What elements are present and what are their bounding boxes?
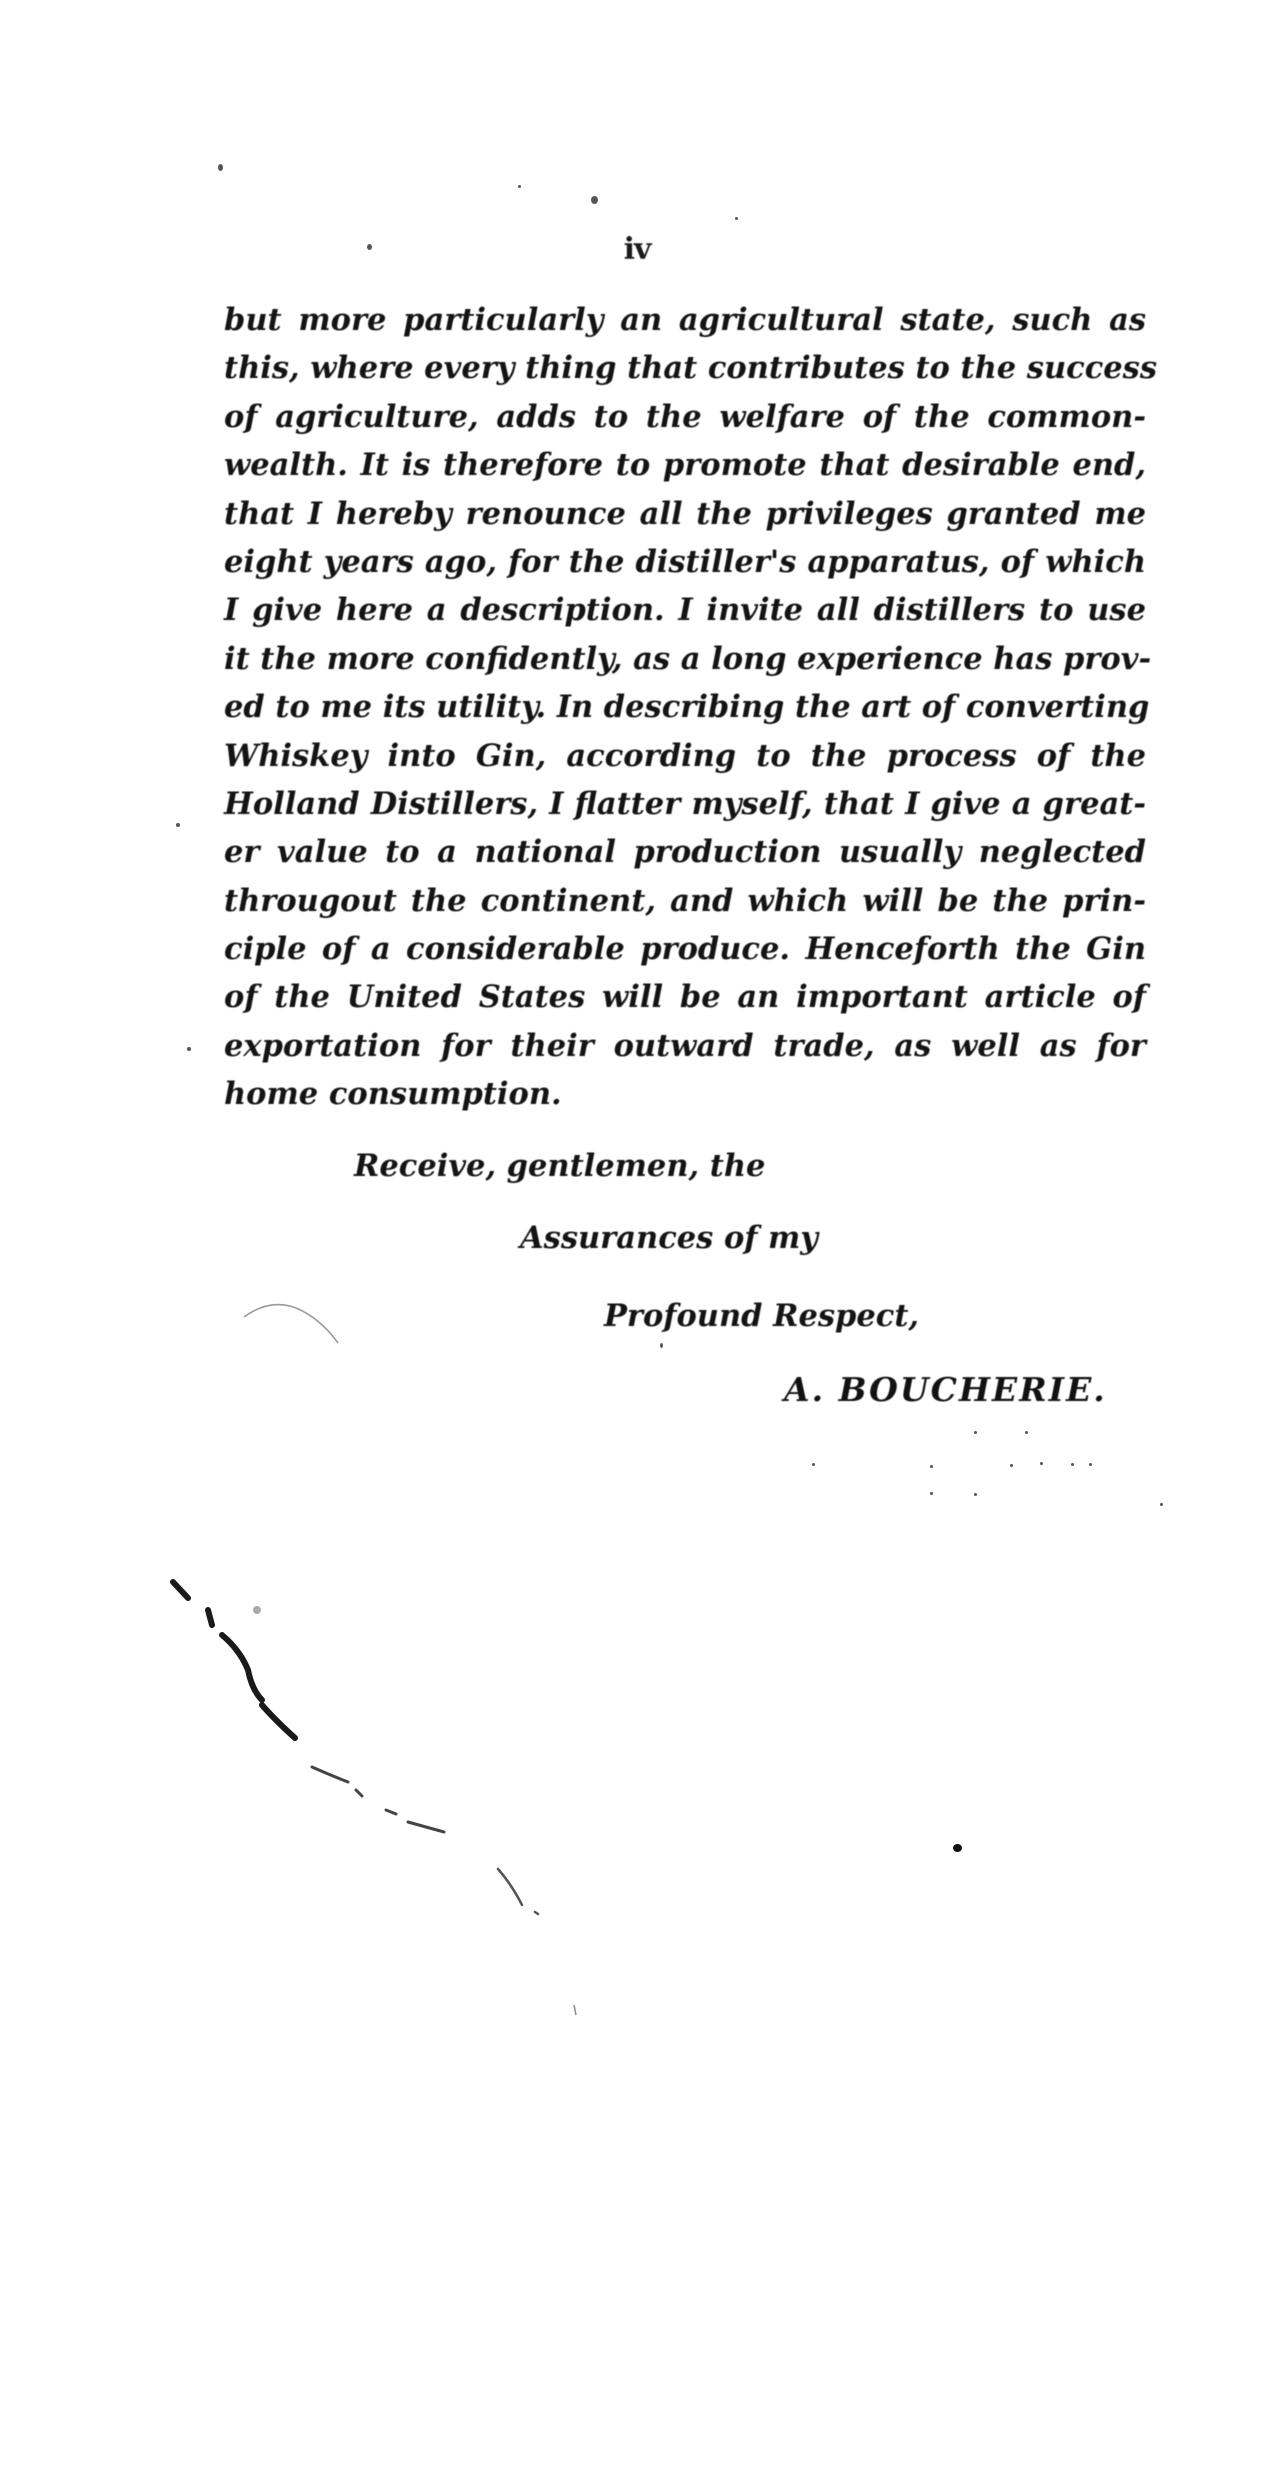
text-line: that I hereby renounce all the privilege… [224,490,1146,538]
speck [660,1343,663,1348]
signature: A. BOUCHERIE. [784,1370,1107,1409]
text-line: it the more confidently, as a long exper… [224,635,1146,683]
closing-line-2: Assurances of my [520,1220,818,1256]
speck [218,164,223,171]
text-line: home consumption. [224,1070,1146,1118]
text-line: but more particularly an agricultural st… [224,296,1146,344]
text-line: of the United States will be an importan… [224,973,1146,1021]
speck [930,1492,933,1495]
speck [953,1844,962,1852]
closing-line-3: Profound Respect, [604,1298,919,1334]
scanned-book-page: iv but more particularly an agricultural… [0,0,1274,2468]
speck [735,217,738,220]
speck [176,823,180,827]
closing-line-1: Receive, gentlemen, the [354,1148,765,1184]
text-line: exportation for their outward trade, as … [224,1022,1146,1070]
speck [591,196,598,204]
text-line: Whiskey into Gin, according to the proce… [224,732,1146,780]
text-line: this, where every thing that contributes… [224,344,1146,392]
speck [187,1047,191,1051]
text-line: ed to me its utility. In describing the … [224,683,1146,731]
speck [1160,1503,1163,1506]
speck [367,244,372,250]
speck [1025,1431,1028,1434]
speck [974,1493,977,1496]
text-line: eight years ago, for the distiller's app… [224,538,1146,586]
text-line: Holland Distillers, I flatter myself, th… [224,780,1146,828]
speck [1010,1464,1013,1467]
text-line: er value to a national production usuall… [224,828,1146,876]
page-number: iv [0,232,1274,267]
speck [518,185,521,188]
body-paragraph: but more particularly an agricultural st… [224,296,1146,1119]
speck [1089,1463,1092,1466]
text-line: of agriculture, adds to the welfare of t… [224,393,1146,441]
speck [1040,1462,1043,1465]
text-line: I give here a description. I invite all … [224,586,1146,634]
speck [930,1465,933,1468]
speck [1071,1463,1074,1466]
speck [974,1431,977,1434]
text-line: ciple of a considerable produce. Hencefo… [224,925,1146,973]
text-line: througout the continent, and which will … [224,877,1146,925]
speck [812,1463,815,1466]
text-line: wealth. It is therefore to promote that … [224,441,1146,489]
